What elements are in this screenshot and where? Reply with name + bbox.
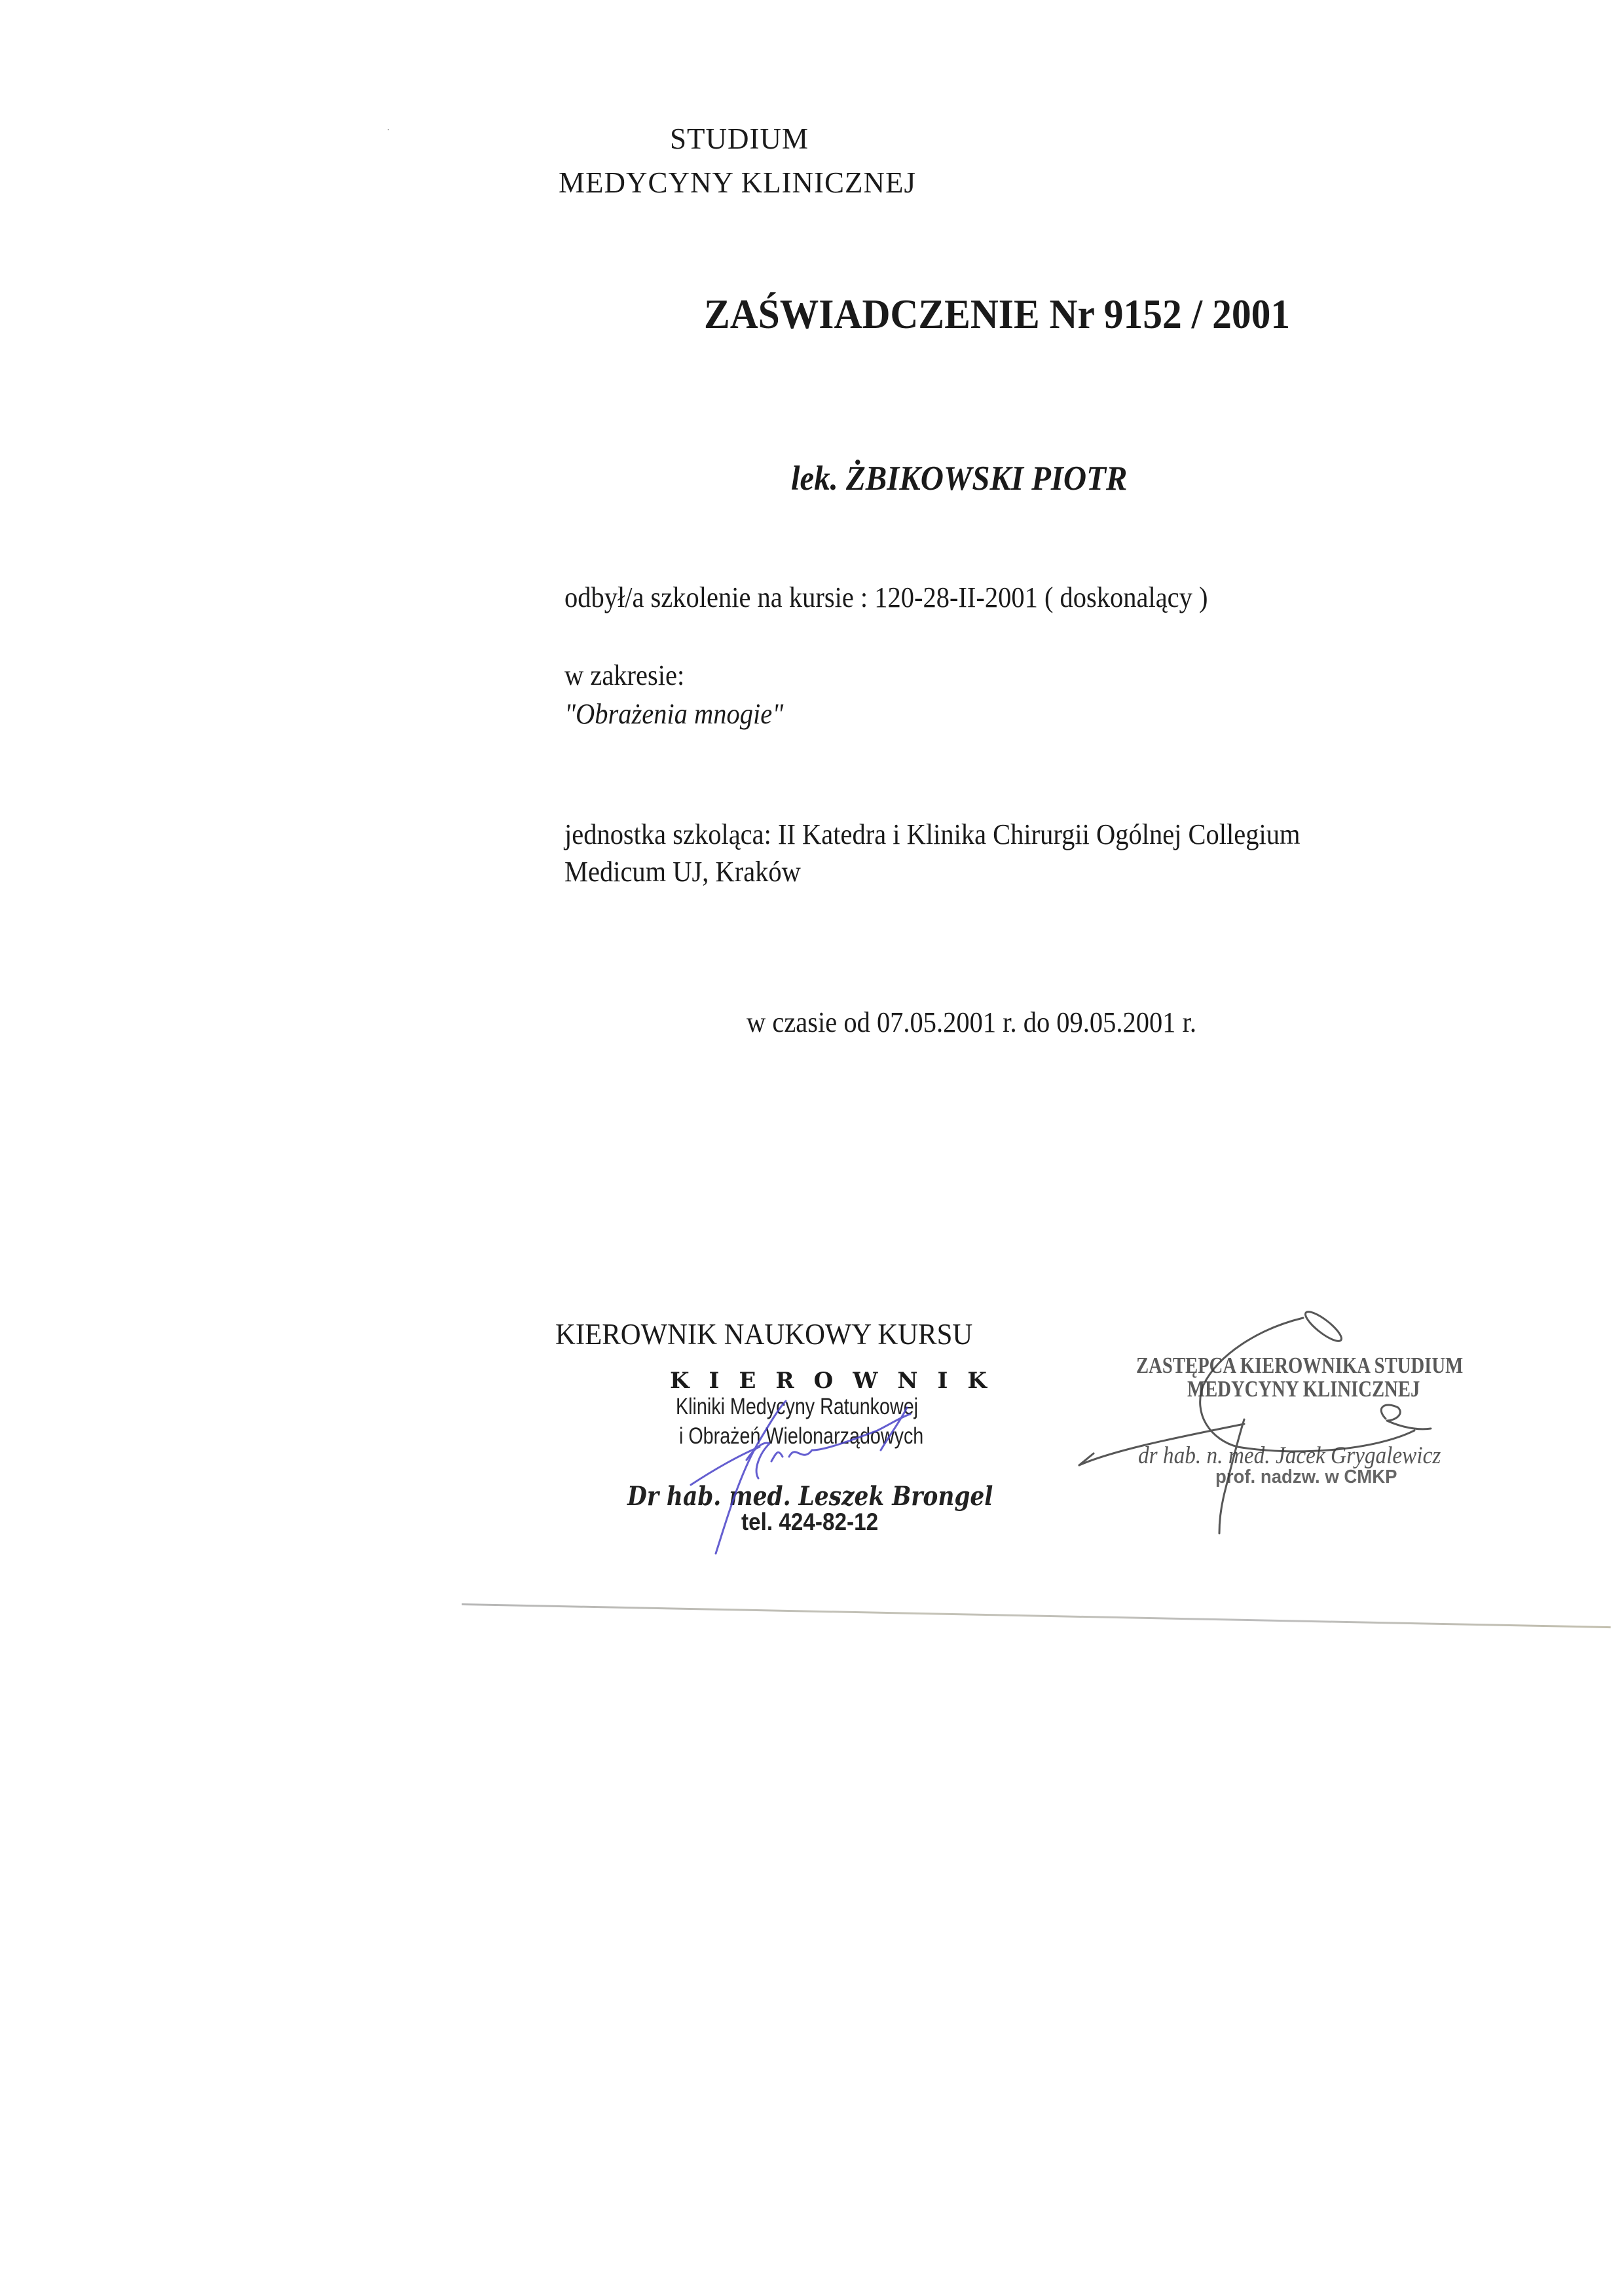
right-stamp-name: dr hab. n. med. Jacek Grygalewicz [1138,1444,1441,1468]
training-unit-line-2: Medicum UJ, Kraków [564,858,801,886]
certificate-title: ZAŚWIADCZENIE Nr 9152 / 2001 [704,293,1290,335]
scope-value: "Obrażenia mnogie" [564,700,783,729]
right-stamp-line-1: ZASTĘPCA KIEROWNIKA STUDIUM [1136,1354,1463,1377]
institution-line-2: MEDYCYNY KLINICZNEJ [559,168,916,198]
recipient-name: lek. ŻBIKOWSKI PIOTR [791,462,1127,496]
left-stamp-heading: KIEROWNIK [670,1370,1006,1392]
training-unit-line-1: jednostka szkoląca: II Katedra i Klinika… [564,820,1300,849]
left-stamp-line-2: i Obrażeń Wielonarządowych [679,1425,923,1448]
left-stamp-phone: tel. 424-82-12 [741,1510,878,1534]
handwritten-signatures [0,0,1624,2296]
right-stamp-title: prof. nadzw. w CMKP [1215,1468,1397,1487]
scientific-lead-label: KIEROWNIK NAUKOWY KURSU [555,1320,972,1349]
left-stamp-line-1: Kliniki Medycyny Ratunkowej [676,1395,918,1418]
certificate-page: STUDIUM MEDYCYNY KLINICZNEJ ZAŚWIADCZENI… [0,0,1624,2296]
course-line: odbył/a szkolenie na kursie : 120-28-II-… [564,583,1208,612]
training-period: w czasie od 07.05.2001 r. do 09.05.2001 … [747,1008,1196,1037]
left-stamp-name: Dr hab. med. Leszek Brongel [627,1484,993,1510]
right-signature-icon [1079,1307,1431,1533]
right-stamp-line-2: MEDYCYNY KLINICZNEJ [1187,1377,1420,1400]
bottom-divider [462,1603,1611,1628]
scan-speck [388,129,389,130]
scope-label: w zakresie: [564,661,684,690]
institution-line-1: STUDIUM [670,124,809,154]
